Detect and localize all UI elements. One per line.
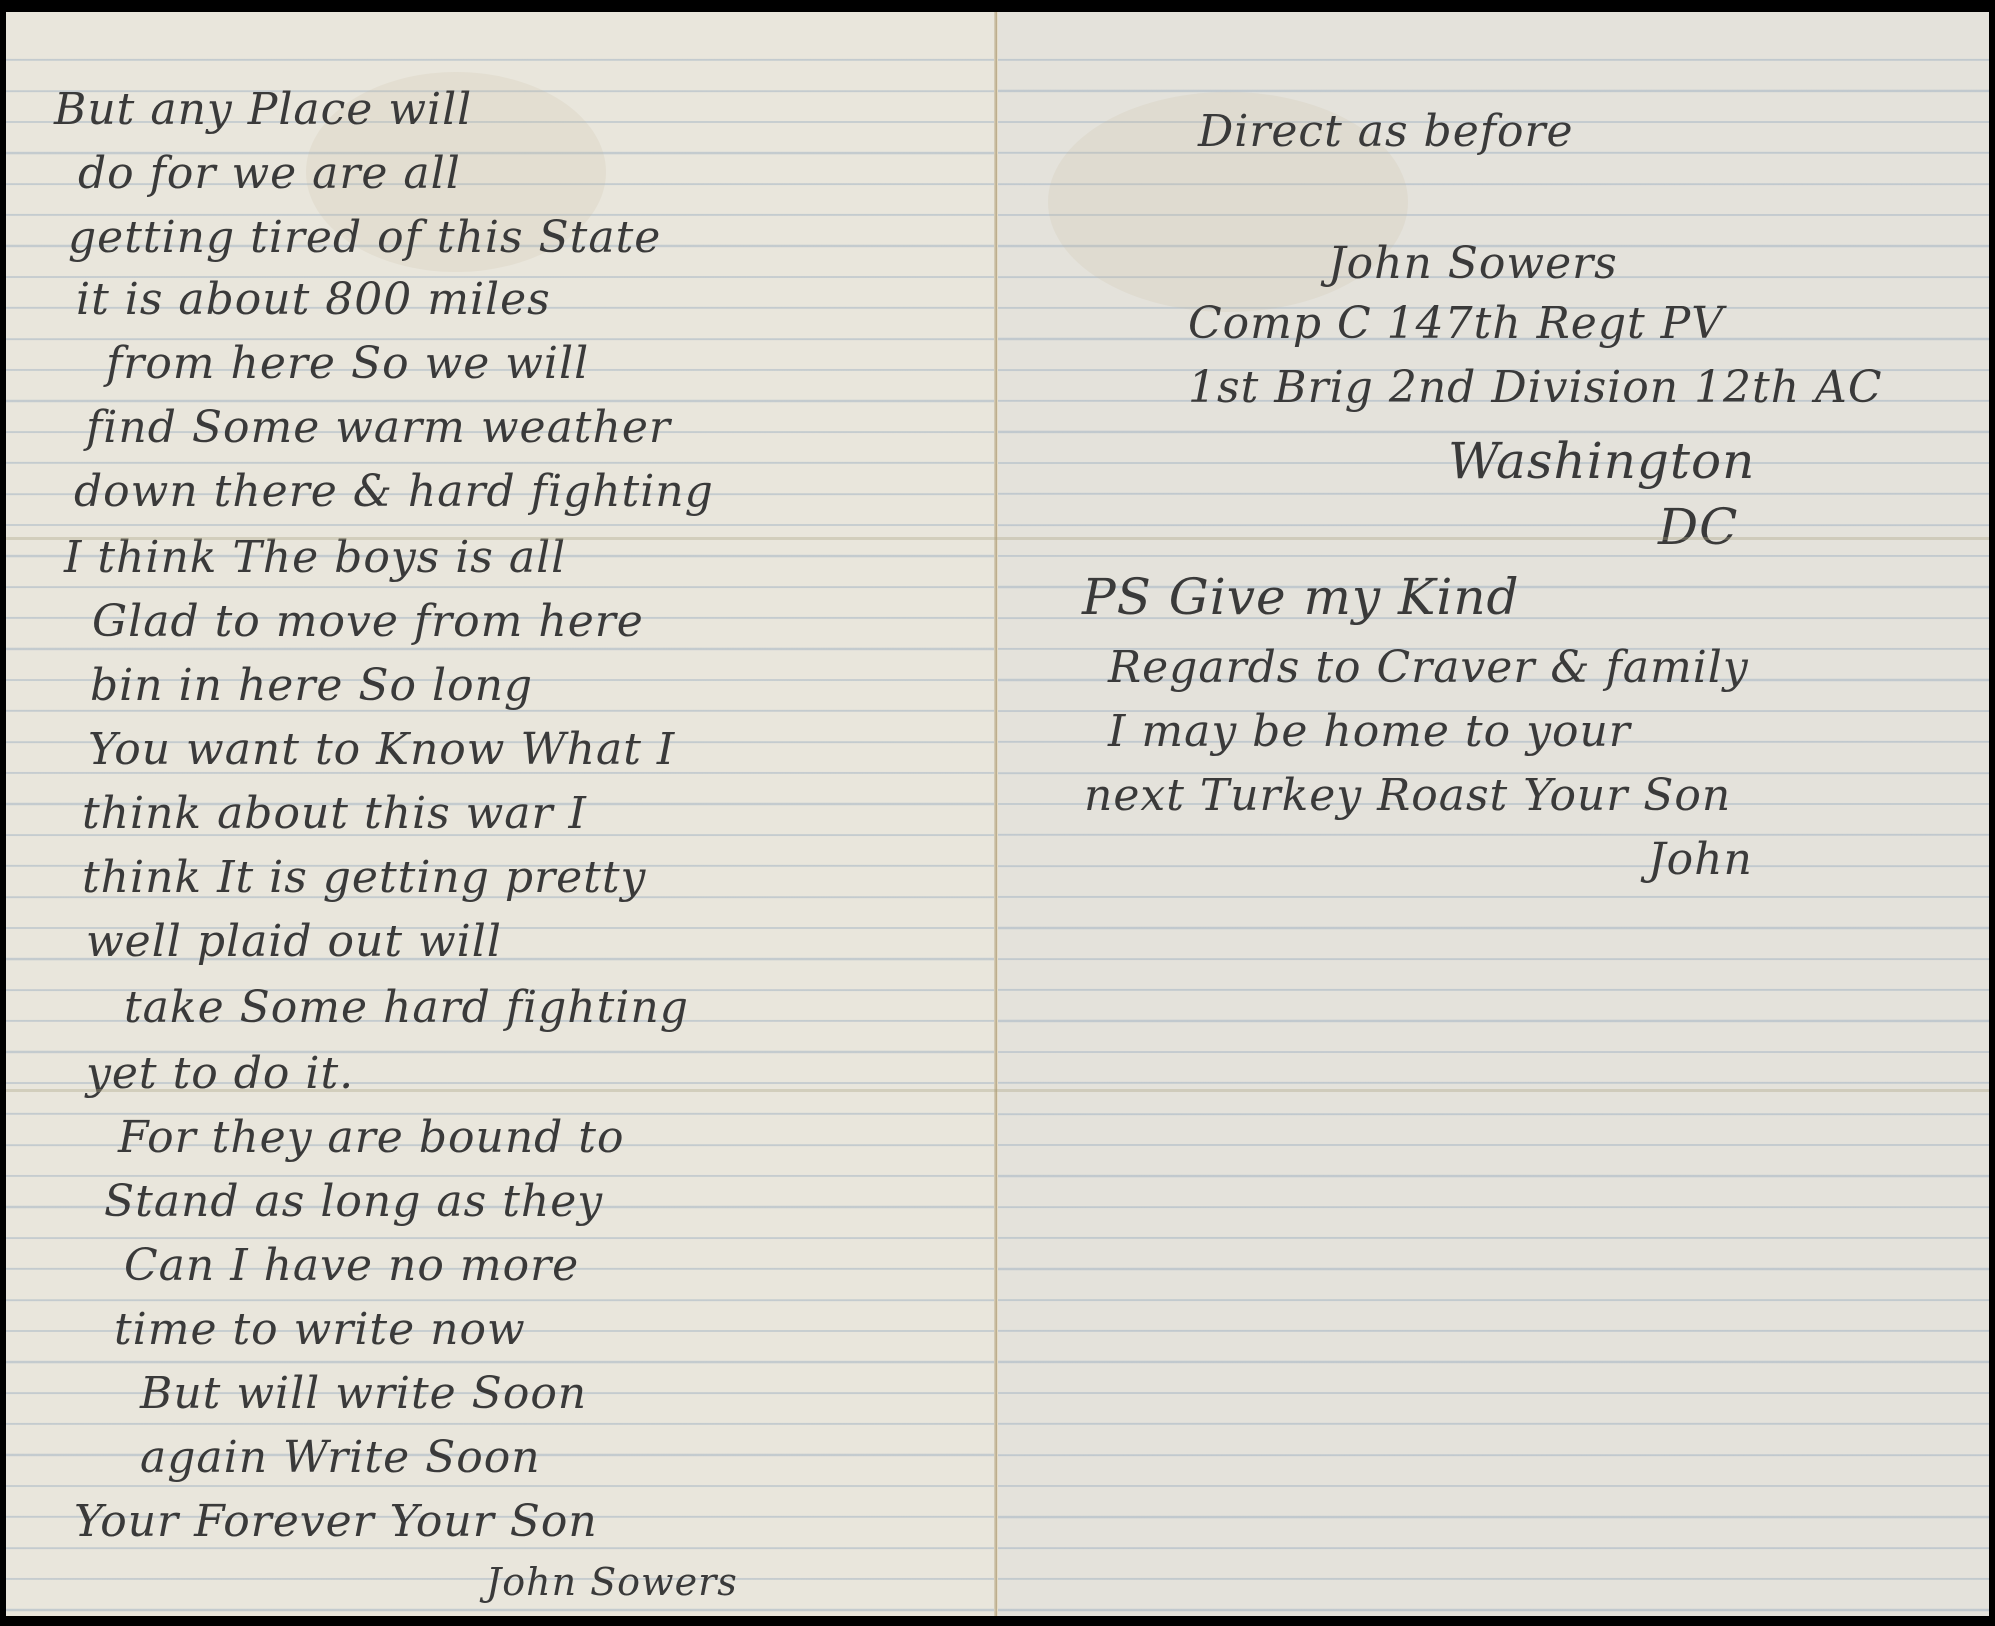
- letter-line: do for we are all: [78, 148, 461, 199]
- right-page: Direct as before John Sowers Comp C 147t…: [998, 12, 1989, 1616]
- letter-line: well plaid out will: [86, 916, 502, 967]
- letter-line: Washington: [1448, 432, 1755, 490]
- signature: John: [1648, 834, 1753, 885]
- letter-line: Regards to Craver & family: [1108, 642, 1749, 693]
- letter-line: Your Forever Your Son: [74, 1496, 598, 1547]
- signature: John Sowers: [486, 1560, 738, 1604]
- letter-line: next Turkey Roast Your Son: [1084, 770, 1731, 821]
- horizontal-fold: [6, 537, 1989, 540]
- letter-line: I may be home to your: [1108, 706, 1631, 757]
- letter-line: DC: [1658, 498, 1738, 556]
- letter-line: But any Place will: [54, 84, 472, 135]
- letter-line: again Write Soon: [140, 1432, 541, 1483]
- letter-line: think about this war I: [82, 788, 587, 839]
- letter-line: Stand as long as they: [104, 1176, 603, 1227]
- letter-line: bin in here So long: [90, 660, 533, 711]
- letter-line: John Sowers: [1328, 238, 1618, 289]
- letter-line: down there & hard fighting: [74, 466, 714, 517]
- letter-line: But will write Soon: [140, 1368, 587, 1419]
- letter-sheet: But any Place will do for we are all get…: [6, 12, 1989, 1616]
- left-page: But any Place will do for we are all get…: [6, 12, 996, 1616]
- letter-line: PS Give my Kind: [1082, 568, 1520, 626]
- letter-line: getting tired of this State: [68, 212, 661, 263]
- letter-line: Can I have no more: [124, 1240, 579, 1291]
- letter-line: find Some warm weather: [86, 402, 671, 453]
- letter-line: think It is getting pretty: [82, 852, 646, 903]
- letter-line: from here So we will: [106, 338, 589, 389]
- letter-line: Comp C 147th Regt PV: [1188, 298, 1724, 349]
- letter-line: take Some hard fighting: [124, 982, 689, 1033]
- horizontal-fold: [6, 1089, 1989, 1092]
- letter-line: Direct as before: [1198, 106, 1574, 157]
- letter-line: time to write now: [114, 1304, 526, 1355]
- letter-line: For they are bound to: [118, 1112, 624, 1163]
- letter-line: You want to Know What I: [88, 724, 675, 775]
- letter-line: 1st Brig 2nd Division 12th AC: [1188, 362, 1883, 413]
- letter-line: Glad to move from here: [92, 596, 644, 647]
- letter-line: it is about 800 miles: [76, 274, 551, 325]
